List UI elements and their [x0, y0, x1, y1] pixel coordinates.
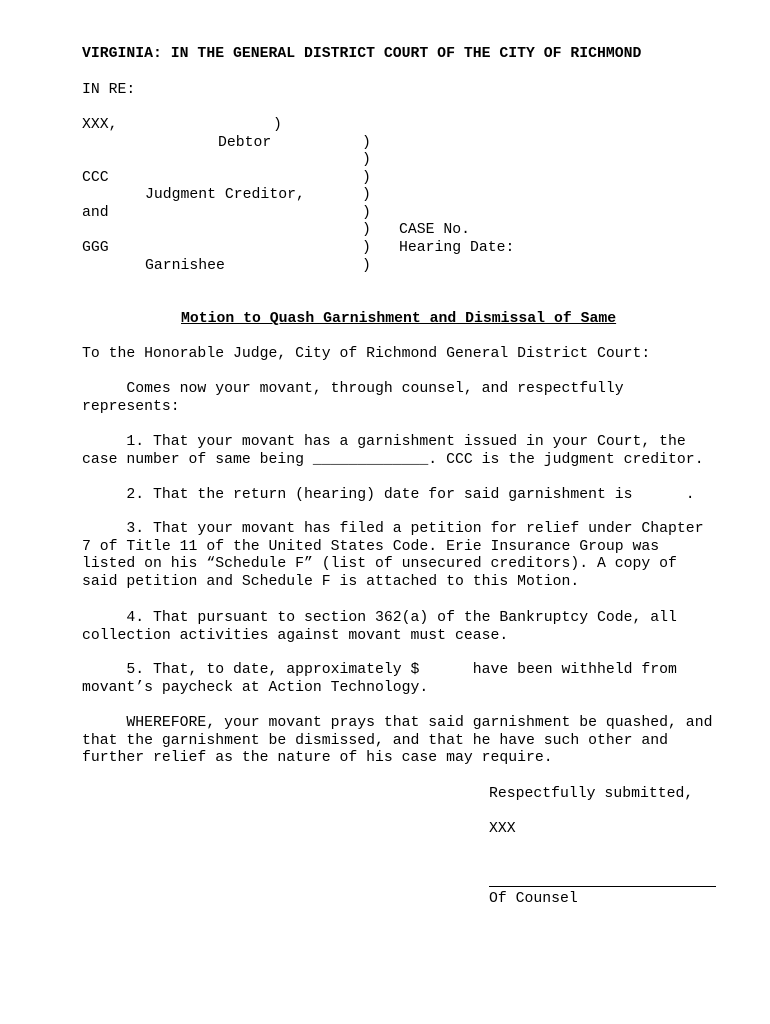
- creditor-name: CCC: [82, 170, 109, 188]
- in-re-label: IN RE:: [82, 82, 135, 100]
- caption-paren: ): [362, 258, 371, 276]
- closing: Respectfully submitted,: [489, 786, 693, 804]
- garnishee-role: Garnishee: [145, 258, 225, 276]
- signer-name: XXX: [489, 821, 516, 839]
- caption-paren: ): [273, 117, 282, 135]
- caption-paren: ): [362, 205, 371, 223]
- caption-paren: ): [362, 135, 371, 153]
- motion-title: Motion to Quash Garnishment and Dismissa…: [181, 311, 616, 329]
- salutation: To the Honorable Judge, City of Richmond…: [82, 346, 650, 364]
- signature-line: [489, 886, 716, 887]
- and-label: and: [82, 205, 109, 223]
- paragraph-2: 2. That the return (hearing) date for sa…: [82, 487, 742, 505]
- case-no-label: CASE No.: [399, 222, 470, 240]
- debtor-role: Debtor: [218, 135, 271, 153]
- caption-paren: ): [362, 170, 371, 188]
- intro-paragraph: Comes now your movant, through counsel, …: [82, 381, 742, 416]
- paragraph-3: 3. That your movant has filed a petition…: [82, 521, 742, 591]
- paragraph-5: 5. That, to date, approximately $ have b…: [82, 662, 742, 697]
- caption-paren: ): [362, 222, 371, 240]
- court-heading: VIRGINIA: IN THE GENERAL DISTRICT COURT …: [82, 46, 641, 64]
- debtor-name: XXX,: [82, 117, 118, 135]
- garnishee-name: GGG: [82, 240, 109, 258]
- wherefore-paragraph: WHEREFORE, your movant prays that said g…: [82, 715, 742, 768]
- creditor-role: Judgment Creditor,: [145, 187, 305, 205]
- caption-paren: ): [362, 152, 371, 170]
- caption-paren: ): [362, 187, 371, 205]
- paragraph-1: 1. That your movant has a garnishment is…: [82, 434, 742, 469]
- caption-paren: ): [362, 240, 371, 258]
- paragraph-4: 4. That pursuant to section 362(a) of th…: [82, 610, 742, 645]
- hearing-date-label: Hearing Date:: [399, 240, 514, 258]
- signer-role: Of Counsel: [489, 891, 578, 909]
